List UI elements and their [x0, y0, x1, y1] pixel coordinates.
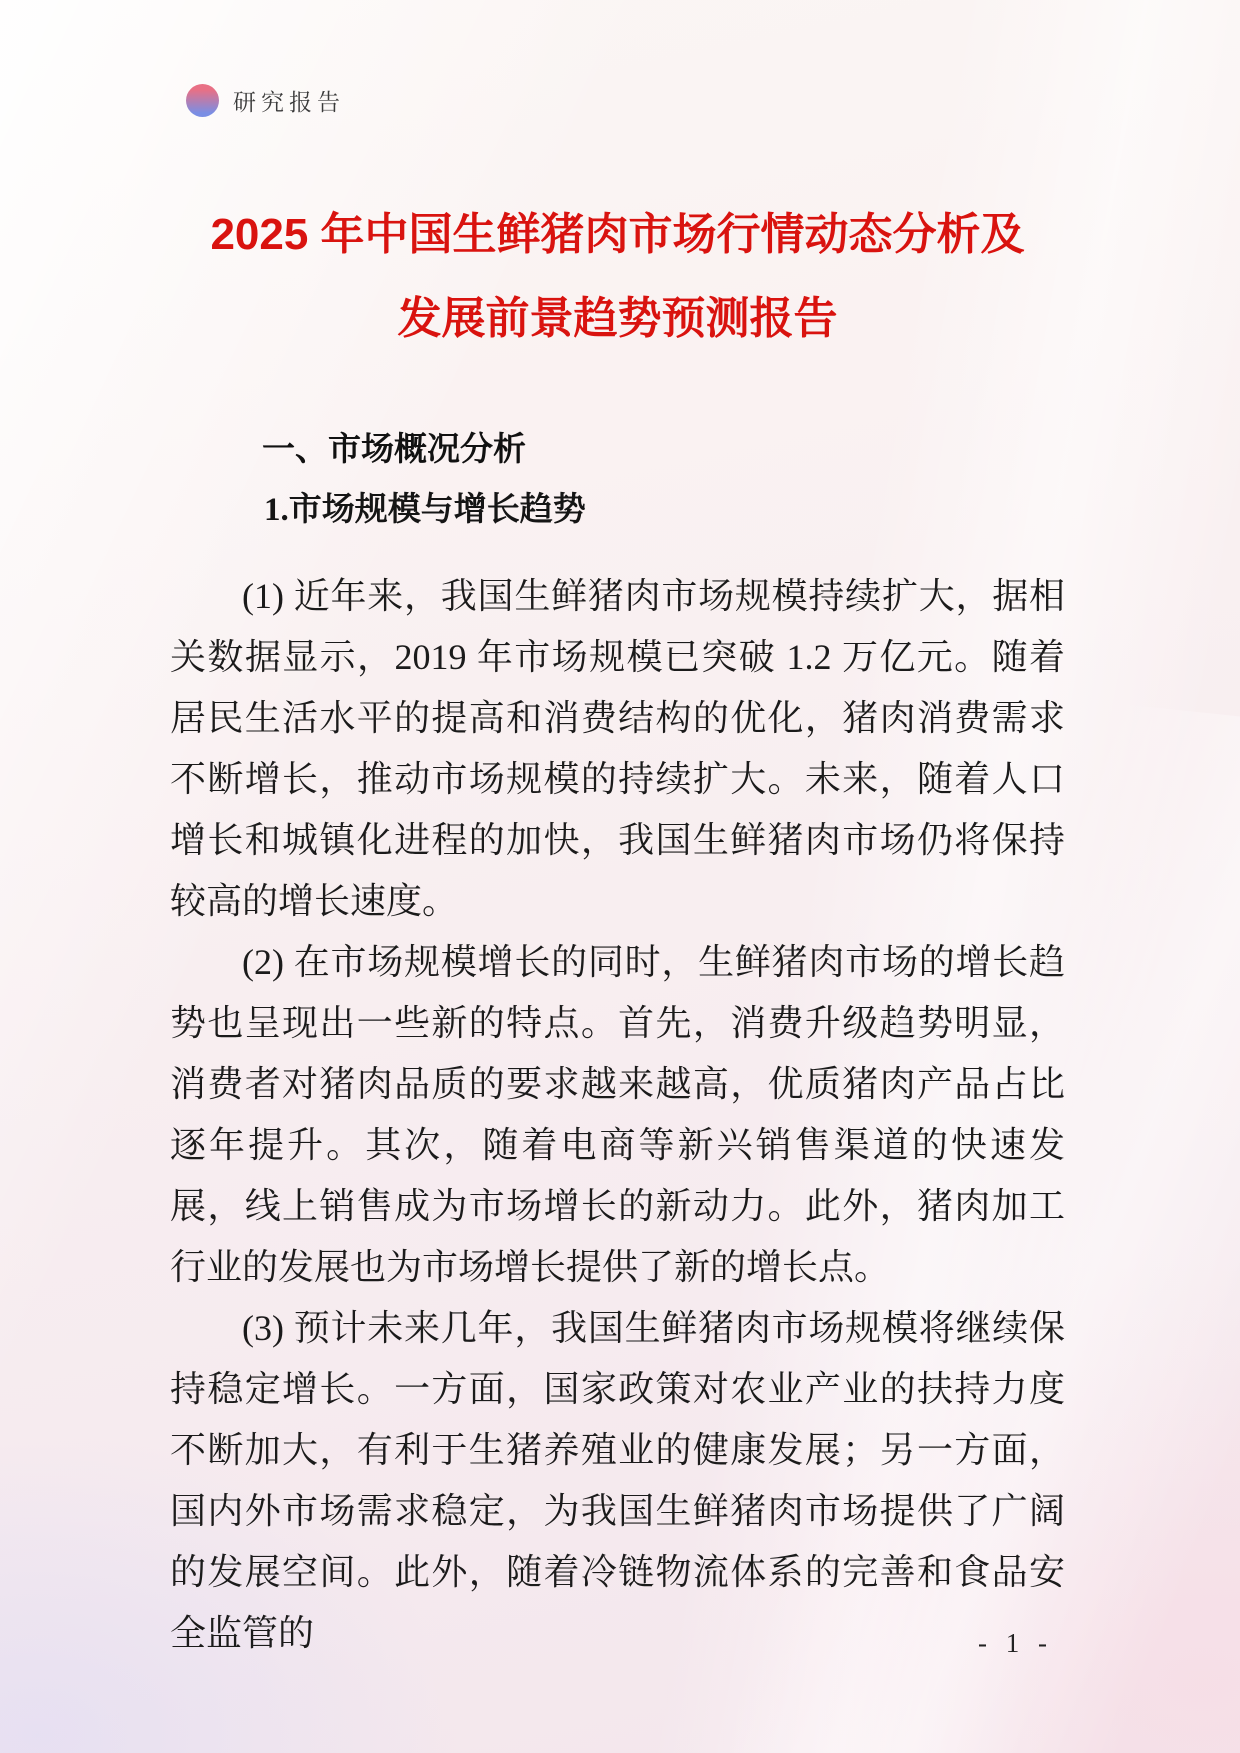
- report-title-line-1: 2025 年中国生鲜猪肉市场行情动态分析及: [210, 210, 1024, 259]
- section-heading: 一、市场概况分析: [262, 427, 1065, 471]
- brand-name: 研究报告: [233, 84, 345, 117]
- body-text: (1) 近年来，我国生鲜猪肉市场规模持续扩大，据相关数据显示，2019 年市场规…: [170, 566, 1065, 1664]
- report-title-line-2: 发展前景趋势预测报告: [398, 294, 838, 343]
- brand-header: 研究报告: [186, 0, 1065, 117]
- brand-logo-icon: [186, 84, 219, 117]
- report-page: 研究报告 2025 年中国生鲜猪肉市场行情动态分析及 发展前景趋势预测报告 一、…: [0, 0, 1240, 1753]
- paragraph-1: (1) 近年来，我国生鲜猪肉市场规模持续扩大，据相关数据显示，2019 年市场规…: [170, 566, 1065, 932]
- page-content: 研究报告 2025 年中国生鲜猪肉市场行情动态分析及 发展前景趋势预测报告 一、…: [0, 0, 1240, 1664]
- report-title: 2025 年中国生鲜猪肉市场行情动态分析及 发展前景趋势预测报告: [170, 193, 1065, 361]
- page-number: - 1 -: [978, 1628, 1053, 1659]
- paragraph-3: (3) 预计未来几年，我国生鲜猪肉市场规模将继续保持稳定增长。一方面，国家政策对…: [170, 1298, 1065, 1664]
- paragraph-2: (2) 在市场规模增长的同时，生鲜猪肉市场的增长趋势也呈现出一些新的特点。首先，…: [170, 932, 1065, 1298]
- subsection-heading: 1.市场规模与增长趋势: [264, 488, 1065, 532]
